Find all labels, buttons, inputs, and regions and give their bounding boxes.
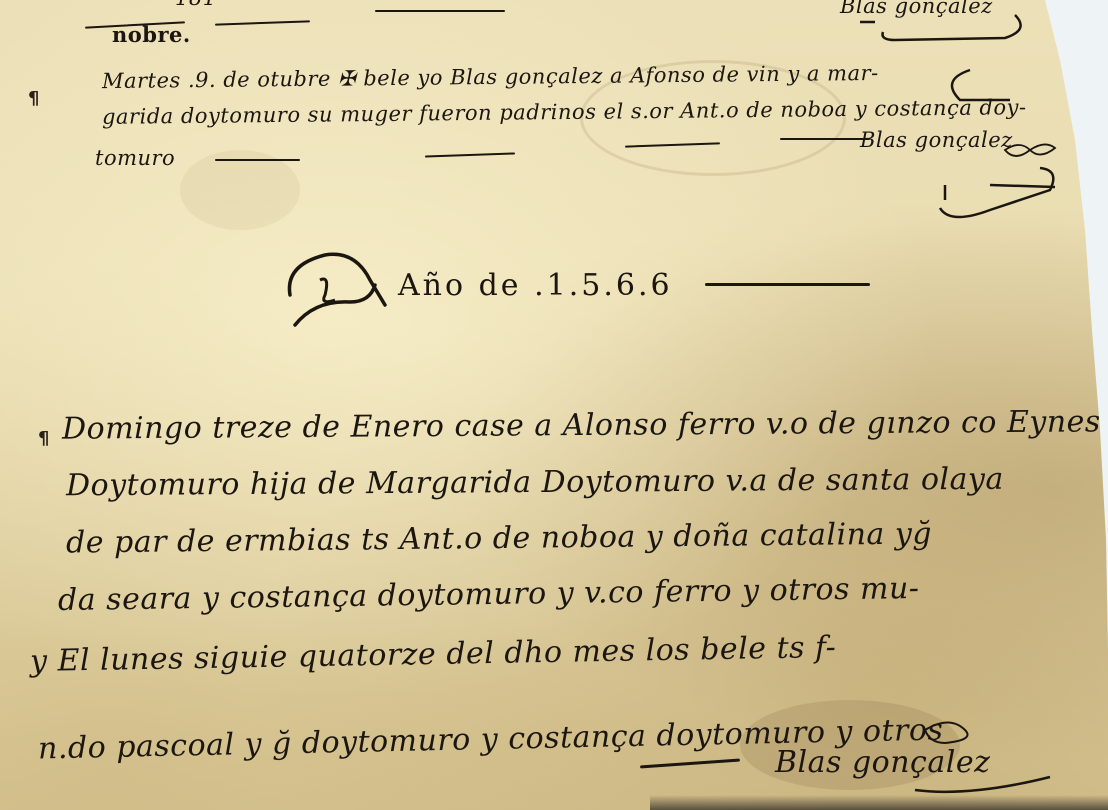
entry-marker: ¶ — [28, 88, 39, 109]
entry-1-line-2: garida doytomuro su muger fueron padrino… — [102, 95, 1027, 129]
top-rule-3 — [375, 10, 505, 12]
entry-2-line-5: y El lunes siguie quatorze del dho mes l… — [30, 630, 837, 679]
top-rule-2 — [215, 20, 310, 25]
top-continuation: nobre. — [112, 22, 191, 47]
top-signature: Blas gonçalez — [840, 0, 993, 18]
entry-1-fill-rule-4 — [780, 138, 870, 140]
decorative-capital-a — [275, 240, 395, 330]
year-heading-rule — [705, 283, 870, 286]
paper-page: 181 nobre. Blas gonçalez ¶ Martes .9. de… — [0, 0, 1108, 810]
entry-2-line-2: Doytomuro hija de Margarida Doytomuro v.… — [66, 462, 1004, 504]
year-heading: Año de .1.5.6.6 — [398, 268, 673, 303]
entry-2-line-4: da seara y costança doytomuro y v.co fer… — [58, 571, 920, 618]
paper-blemish — [180, 150, 300, 230]
entry-2-line-1: Domingo treze de Enero case a Alonso fer… — [62, 404, 1101, 446]
entry-1-fill-rule-3 — [625, 142, 720, 147]
entry-marker: ¶ — [38, 428, 49, 449]
entry-1-line-3: tomuro — [95, 146, 175, 170]
entry-2-signature-rule — [640, 759, 740, 769]
entry-1-fill-rule-2 — [425, 152, 515, 157]
page-bottom-shadow — [650, 795, 1108, 810]
entry-1-line-1: Martes .9. de otubre ✠ bele yo Blas gonç… — [102, 61, 879, 93]
top-partial-number: 181 — [175, 0, 217, 10]
entry-2-signature: Blas gonçalez — [775, 745, 990, 780]
entry-1-fill-rule-1 — [215, 159, 300, 161]
manuscript-photo: 181 nobre. Blas gonçalez ¶ Martes .9. de… — [0, 0, 1108, 810]
entry-2-line-3: de par de ermbias ts Ant.o de noboa y do… — [66, 516, 932, 560]
entry-1-signature: Blas gonçalez — [860, 128, 1013, 152]
